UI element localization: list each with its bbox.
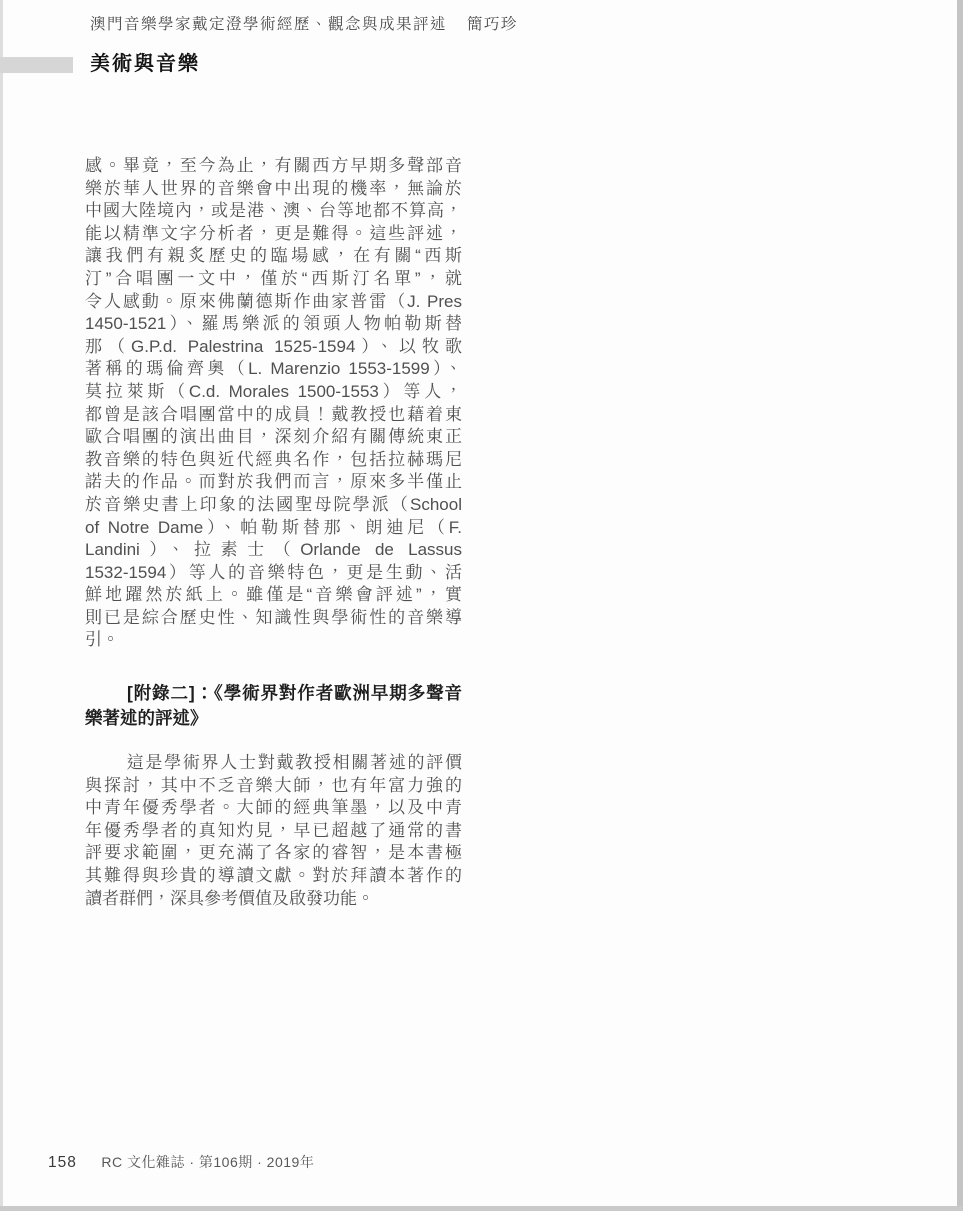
page-edge-bottom (0, 1206, 963, 1211)
text-line: 樂著述的評述》 (85, 706, 462, 731)
text-line: 則已是綜合歷史性、知識性與學術性的音樂導 (85, 607, 462, 630)
document-page: 澳門音樂學家戴定澄學術經歷、觀念與成果評述 簡巧珍 美術與音樂 感。畢竟，至今為… (0, 0, 963, 1211)
text-line: 中國大陸境內，或是港、澳、台等地都不算高， (85, 200, 462, 223)
running-header-title: 澳門音樂學家戴定澄學術經歷、觀念與成果評述 (90, 16, 447, 33)
article-body: 感。畢竟，至今為止，有關西方早期多聲部音樂於華人世界的音樂會中出現的機率，無論於… (85, 155, 462, 910)
text-line: 樂於華人世界的音樂會中出現的機率，無論於 (85, 178, 462, 201)
section-title: 美術與音樂 (90, 53, 200, 75)
text-line: 汀”合唱團一文中，僅於“西斯汀名單”，就 (85, 268, 462, 291)
text-line: 教音樂的特色與近代經典名作，包括拉赫瑪尼 (85, 449, 462, 472)
text-line: 中青年優秀學者。大師的經典筆墨，以及中青 (85, 797, 462, 820)
appendix-heading: [附錄二]：《學術界對作者歐洲早期多聲音樂著述的評述》 (85, 681, 462, 731)
journal-info: RC 文化雜誌 · 第106期 · 2019年 (101, 1154, 314, 1170)
text-line: 著稱的瑪倫齊奧（L. Marenzio 1553-1599）、 (85, 358, 462, 381)
text-line: 1532-1594）等人的音樂特色，更是生動、活 (85, 562, 462, 585)
text-line: 那（G.P.d. Palestrina 1525-1594）、以牧歌 (85, 336, 462, 359)
text-line: 其難得與珍貴的導讀文獻。對於拜讀本著作的 (85, 865, 462, 888)
text-line: [附錄二]：《學術界對作者歐洲早期多聲音 (85, 681, 462, 706)
page-edge-right (957, 0, 963, 1211)
text-line: 歐合唱團的演出曲目，深刻介紹有關傳統東正 (85, 426, 462, 449)
text-line: 諾夫的作品。而對於我們而言，原來多半僅止 (85, 471, 462, 494)
text-line: 能以精準文字分析者，更是難得。這些評述， (85, 223, 462, 246)
text-line: 評要求範圍，更充滿了各家的睿智，是本書極 (85, 842, 462, 865)
text-line: Landini）、拉素士（Orlande de Lassus (85, 539, 462, 562)
text-line: 都曾是該合唱團當中的成員！戴教授也藉着東 (85, 404, 462, 427)
text-line: 這是學術界人士對戴教授相關著述的評價 (85, 752, 462, 775)
text-line: 1450-1521）、羅馬樂派的領頭人物帕勒斯替 (85, 313, 462, 336)
running-header-author: 簡巧珍 (467, 16, 518, 33)
text-line: 與探討，其中不乏音樂大師，也有年富力強的 (85, 775, 462, 798)
text-line: 鮮地躍然於紙上。雖僅是“音樂會評述”，實 (85, 584, 462, 607)
text-line: 引。 (85, 629, 462, 652)
text-line: 感。畢竟，至今為止，有關西方早期多聲部音 (85, 155, 462, 178)
section-tab-bar (0, 57, 73, 73)
running-header: 澳門音樂學家戴定澄學術經歷、觀念與成果評述 簡巧珍 (90, 12, 518, 34)
text-line: 莫拉萊斯（C.d. Morales 1500-1553）等人， (85, 381, 462, 404)
text-line: 於音樂史書上印象的法國聖母院學派（School (85, 494, 462, 517)
text-line: 讀者群們，深具參考價值及啟發功能。 (85, 888, 462, 911)
page-footer: 158 RC 文化雜誌 · 第106期 · 2019年 (48, 1152, 314, 1172)
text-line: 年優秀學者的真知灼見，早已超越了通常的書 (85, 820, 462, 843)
paragraph-2: 這是學術界人士對戴教授相關著述的評價與探討，其中不乏音樂大師，也有年富力強的中青… (85, 752, 462, 910)
page-number: 158 (48, 1154, 77, 1171)
page-edge-left (0, 0, 3, 1211)
paragraph-1: 感。畢竟，至今為止，有關西方早期多聲部音樂於華人世界的音樂會中出現的機率，無論於… (85, 155, 462, 652)
text-line: of Notre Dame）、帕勒斯替那、朗迪尼（F. (85, 517, 462, 540)
text-line: 令人感動。原來佛蘭德斯作曲家普雷（J. Pres (85, 291, 462, 314)
text-line: 讓我們有親炙歷史的臨場感，在有關“西斯 (85, 245, 462, 268)
